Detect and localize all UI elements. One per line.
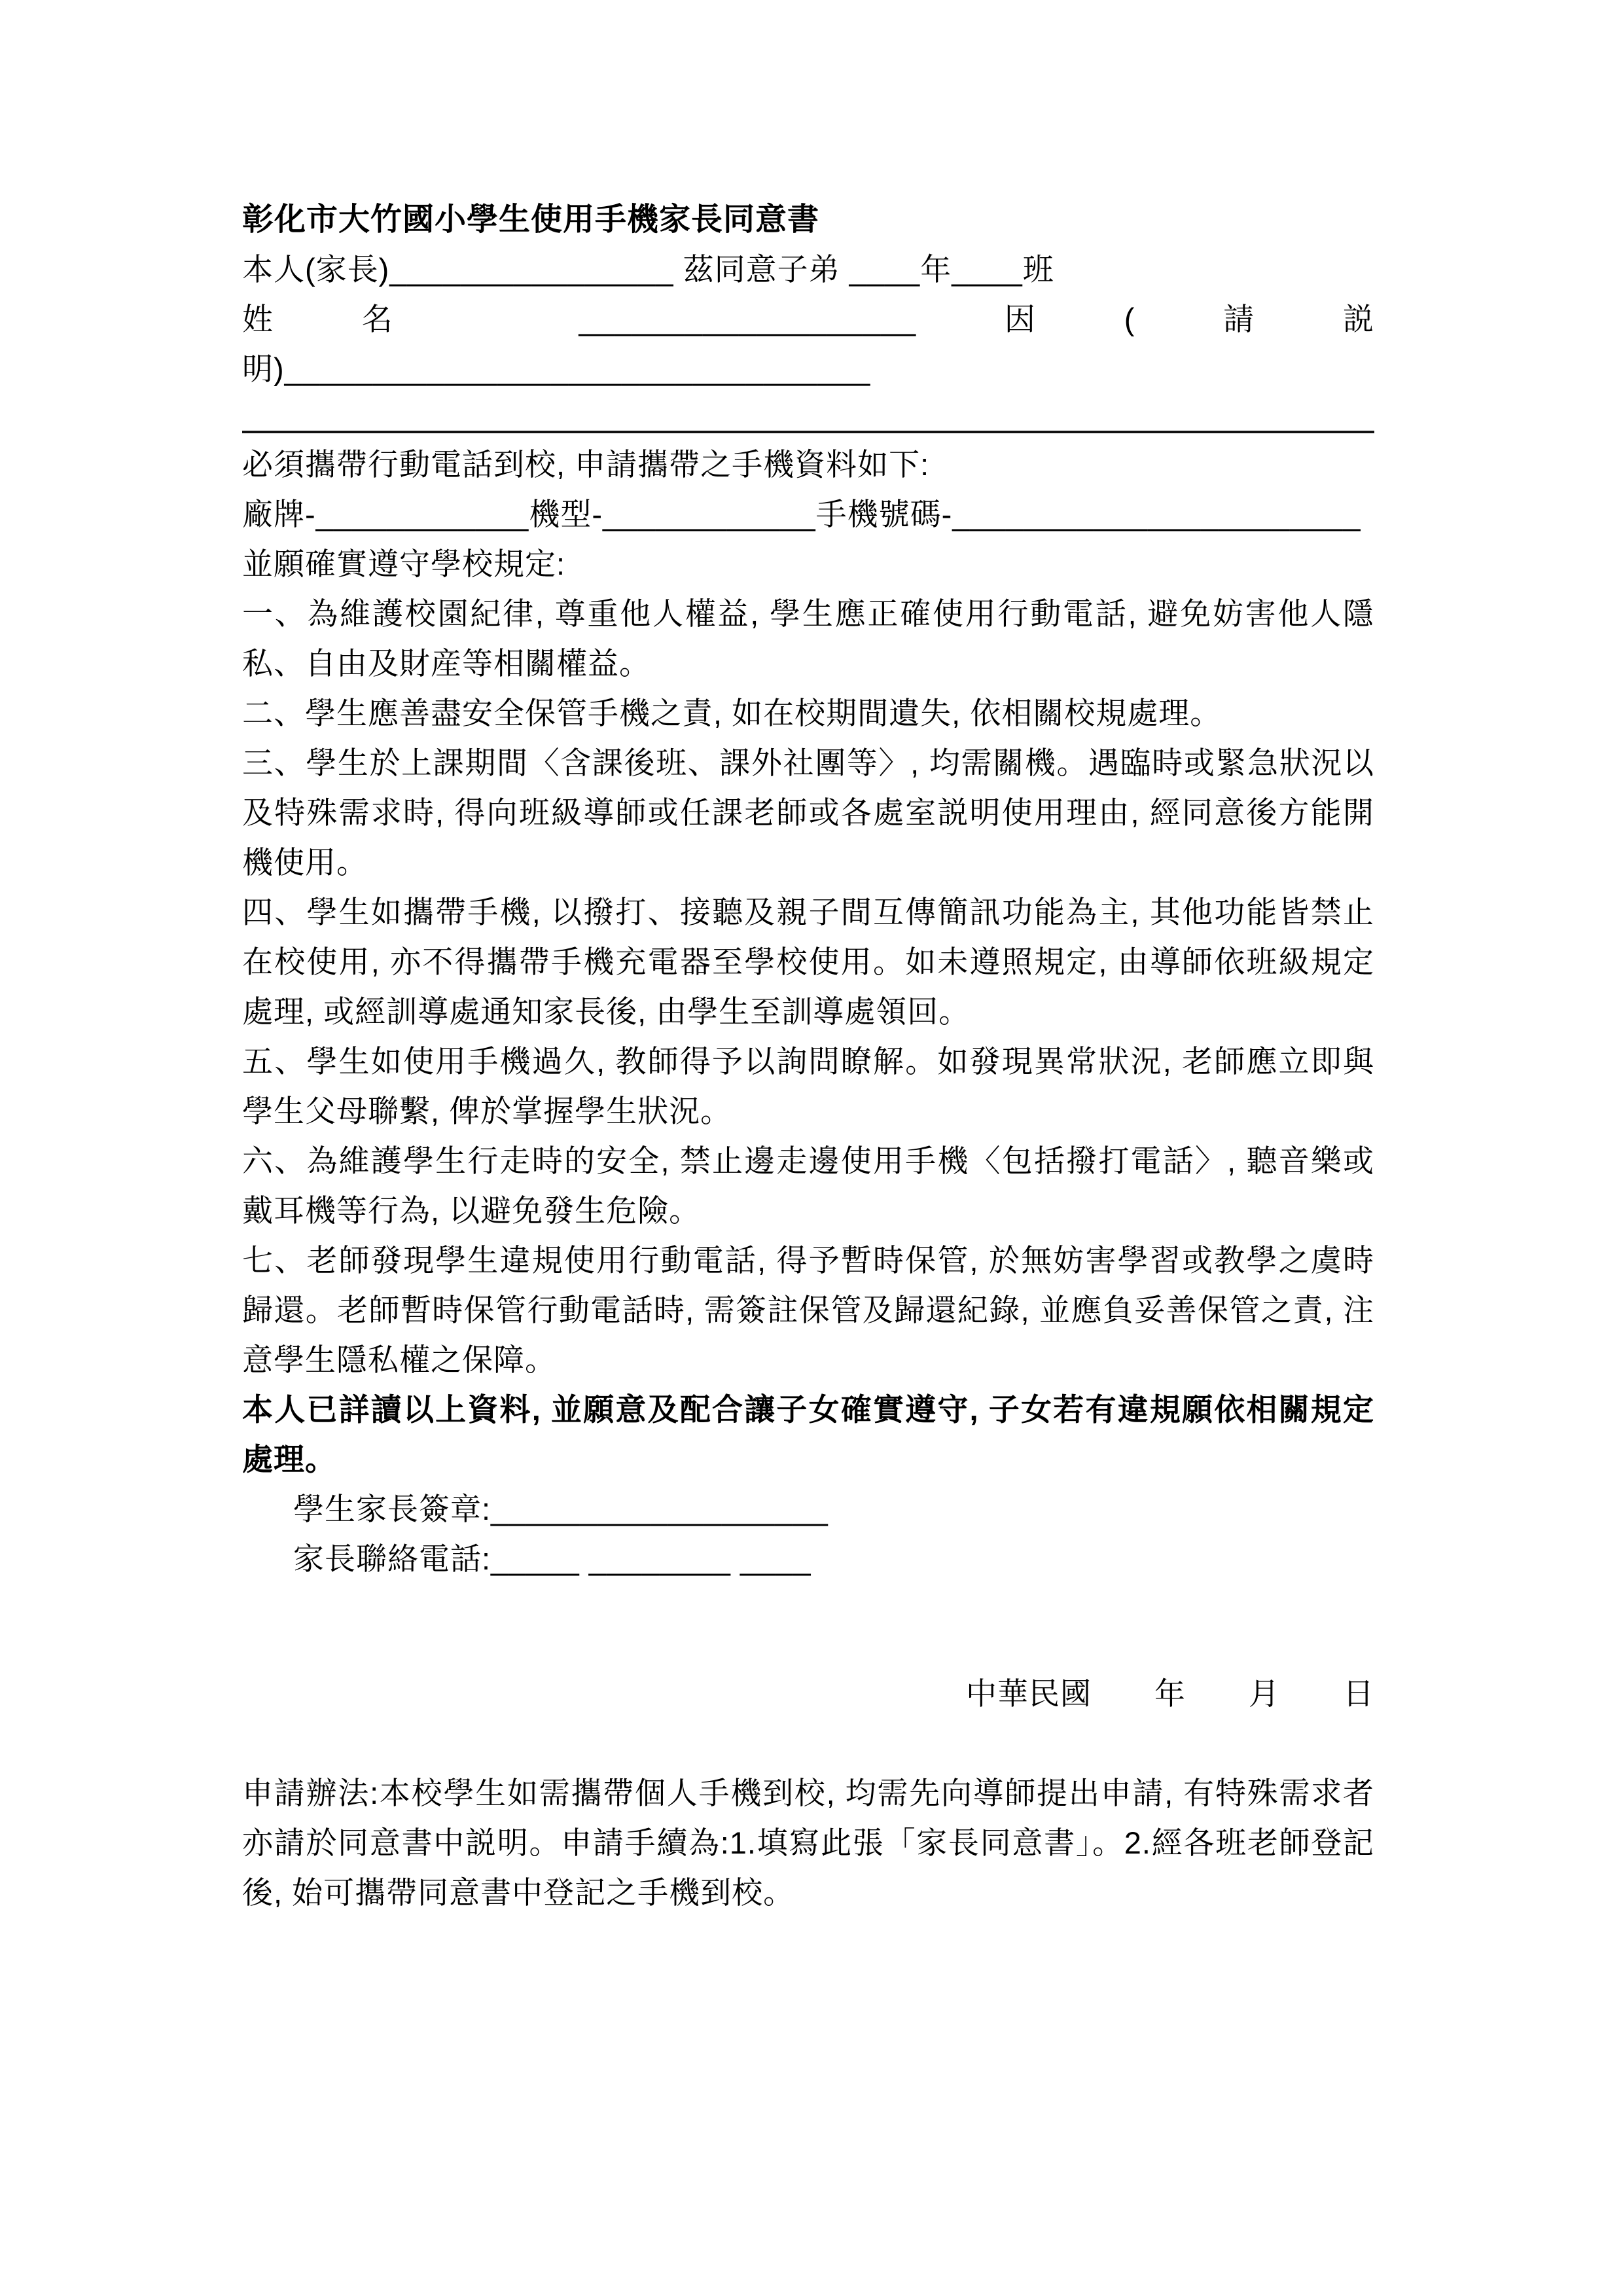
document-title: 彰化市大竹國小學生使用手機家長同意書 — [242, 195, 1374, 245]
parent-contact-phone-line: 家長聯絡電話:_____ ________ ____ — [242, 1534, 1374, 1584]
rule-item-3: 三、學生於上課期間〈含課後班、課外社團等〉, 均需關機。遇臨時或緊急狀況以及特殊… — [242, 738, 1374, 888]
phone-requirement-intro: 必須攜帶行動電話到校, 申請攜帶之手機資料如下: — [242, 440, 1374, 490]
parent-declaration-paragraph: 本人已詳讀以上資料, 並願意及配合讓子女確實遵守, 子女若有違規願依相關規定處理… — [242, 1385, 1374, 1484]
parent-signature-line: 學生家長簽章:___________________ — [242, 1484, 1374, 1534]
consent-form-page: 彰化市大竹國小學生使用手機家長同意書 本人(家長)_______________… — [0, 0, 1623, 2296]
student-name-reason-line: 姓名 ___________________因(請説明)____________… — [242, 295, 1374, 394]
rule-item-2: 二、學生應善盡安全保管手機之責, 如在校期間遺失, 依相關校規處理。 — [242, 689, 1374, 738]
rule-item-1: 一、為維護校園紀律, 尊重他人權益, 學生應正確使用行動電話, 避免妨害他人隱私… — [242, 589, 1374, 689]
roc-date-line: 中華民國 年 月 日 — [242, 1669, 1374, 1719]
phone-info-blanks-line: 廠牌-____________機型-____________手機號碼-_____… — [242, 490, 1374, 539]
rule-item-7: 七、老師發現學生違規使用行動電話, 得予暫時保管, 於無妨害學習或教學之虞時歸還… — [242, 1236, 1374, 1385]
rule-item-5: 五、學生如使用手機過久, 教師得予以詢問瞭解。如發現異常狀況, 老師應立即與學生… — [242, 1037, 1374, 1136]
rule-item-6: 六、為維護學生行走時的安全, 禁止邊走邊使用手機〈包括撥打電話〉, 聽音樂或戴耳… — [242, 1136, 1374, 1236]
application-procedure-note: 申請辦法:本校學生如需攜帶個人手機到校, 均需先向導師提出申請, 有特殊需求者亦… — [242, 1768, 1374, 1918]
section-divider — [242, 431, 1374, 433]
applicant-line: 本人(家長)________________ 茲同意子弟 ____年____班 — [242, 245, 1374, 295]
rule-item-4: 四、學生如攜帶手機, 以撥打、接聽及親子間互傳簡訊功能為主, 其他功能皆禁止在校… — [242, 888, 1374, 1037]
rules-intro-line: 並願確實遵守學校規定: — [242, 539, 1374, 589]
